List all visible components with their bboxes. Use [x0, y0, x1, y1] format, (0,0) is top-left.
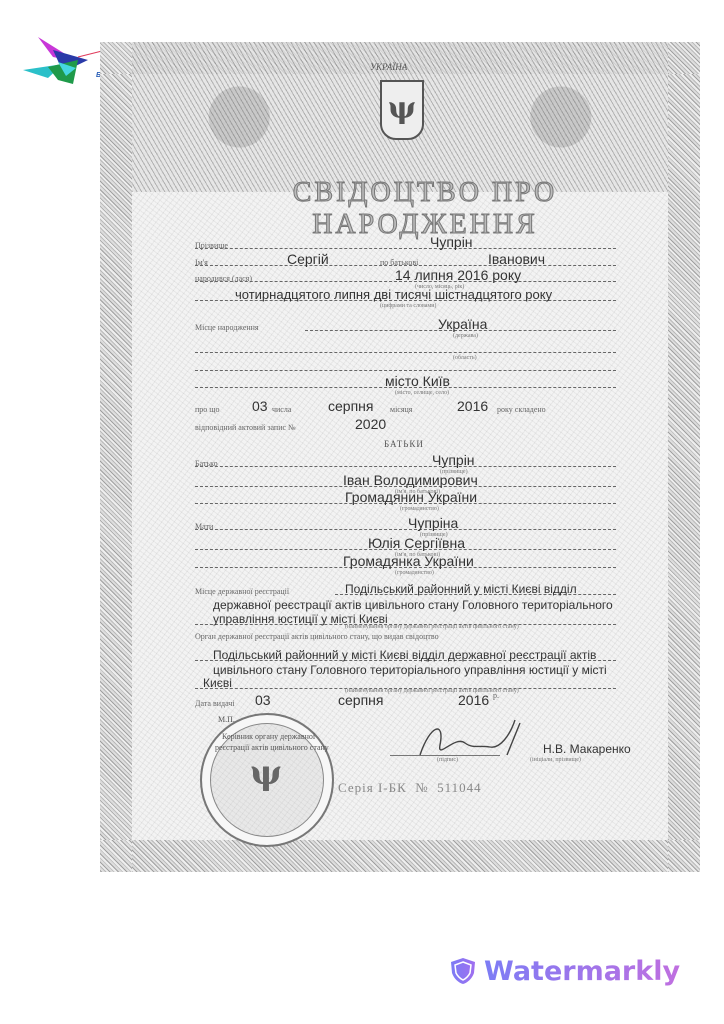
series-number: Серія І-БК № 511044 [338, 780, 482, 796]
issuing-authority-line-1: Подільський районний у місті Києві відді… [213, 648, 596, 662]
label-father: Батько [195, 459, 218, 468]
hint-city: (місто, селище, село) [395, 390, 449, 396]
label-issuing-authority: Орган державної реєстрації актів цивільн… [195, 632, 439, 641]
field-issue-date: Дата видачі 03 серпня 2016 р. [195, 692, 616, 710]
label-record-year: року складено [497, 405, 546, 414]
label-registration-place: Місце державної реєстрації [195, 587, 289, 596]
value-record-year: 2016 [457, 398, 488, 414]
label-surname: Прізвище [195, 241, 228, 250]
watermark-text: Watermarkly [484, 956, 680, 987]
value-surname: Чупрін [430, 234, 473, 250]
value-record-day: 03 [252, 398, 268, 414]
seal-coat-of-arms-icon: ψ [250, 753, 282, 793]
label-issue-date: Дата видачі [195, 699, 235, 708]
value-father-citizenship: Громадянин України [345, 489, 477, 505]
value-patronymic: Іванович [488, 251, 545, 267]
certificate-number: 511044 [437, 780, 482, 795]
field-father-citizenship: Громадянин України (громадянство) [195, 489, 616, 507]
value-father-name: Іван Володимирович [343, 472, 478, 488]
label-record-prefix: про що [195, 405, 219, 414]
value-birthplace: Україна [438, 316, 487, 332]
value-issue-day: 03 [255, 692, 271, 708]
value-record-no: 2020 [355, 416, 386, 432]
value-father-surname: Чупрін [432, 452, 475, 468]
official-title-1: Керівник органу державної [222, 732, 315, 741]
field-mother-citizenship: Громадянка України (громадянство) [195, 553, 616, 571]
watermark: Watermarkly [450, 954, 680, 988]
certificate-title: Свідоцтво про народження [225, 177, 625, 241]
label-record-day: числа [272, 405, 291, 414]
bird-logo-icon [18, 32, 108, 90]
series: Серія І-БК [338, 780, 407, 795]
number-label: № [415, 780, 428, 795]
value-record-month: серпня [328, 398, 373, 414]
hint-born-words: (цифрами та словами) [380, 303, 436, 309]
registration-place-line-1: Подільський районний у місті Києві відді… [345, 582, 577, 596]
country-label: УКРАЇНА [370, 62, 407, 72]
hint-mother-citizenship: (громадянство) [395, 570, 434, 576]
field-issuing-authority-3: Києві (найменування органу державної реє… [195, 674, 616, 692]
value-mother-name: Юлія Сергіївна [368, 535, 465, 551]
field-region: (область) [195, 338, 616, 356]
value-mother-citizenship: Громадянка України [343, 553, 474, 569]
value-name: Сергій [287, 251, 329, 267]
label-record-month: місяця [390, 405, 412, 414]
label-birthplace: Місце народження [195, 323, 259, 332]
field-father-surname: Батько Чупрін (прізвище) [195, 452, 616, 470]
value-born-words: чотирнадцятого липня дві тисячі шістнадц… [235, 287, 552, 302]
shield-icon [450, 957, 476, 985]
issue-year-suffix: р. [493, 691, 499, 700]
value-issue-month: серпня [338, 692, 383, 708]
label-patronymic: по батькові [380, 258, 418, 267]
field-birthplace: Місце народження Україна (держава) [195, 316, 616, 334]
hint-official-name: (ініціали, прізвище) [530, 757, 581, 763]
field-mother-name: Юлія Сергіївна (ім'я, по батькові) [195, 535, 616, 553]
field-district [195, 356, 616, 374]
field-mother-surname: Мати Чупріна (прізвище) [195, 515, 616, 533]
label-born: народився (лася) [195, 274, 252, 283]
stamp-label: М.П. [218, 715, 235, 724]
field-surname: Прізвище Чупрін [195, 234, 616, 252]
field-born: народився (лася) 14 липня 2016 року (чис… [195, 267, 616, 285]
hint-father-citizenship: (громадянство) [400, 506, 439, 512]
field-born-words: чотирнадцятого липня дві тисячі шістнадц… [195, 286, 616, 304]
field-record-date: про що 03 числа серпня місяця 2016 року … [195, 398, 616, 416]
value-city: місто Київ [385, 373, 450, 389]
label-mother: Мати [195, 522, 213, 531]
value-born: 14 липня 2016 року [395, 267, 521, 283]
value-issue-year: 2016 [458, 692, 489, 708]
label-name: Ім'я [195, 258, 208, 267]
signature [415, 715, 525, 765]
field-issuing-authority-label: Орган державної реєстрації актів цивільн… [195, 625, 616, 643]
label-record-no: відповідний актовий запис № [195, 423, 296, 432]
field-father-name: Іван Володимирович (ім'я, по батькові) [195, 472, 616, 490]
issuing-authority-line-3: Києві [203, 676, 232, 690]
value-mother-surname: Чупріна [408, 515, 458, 531]
coat-of-arms-icon: ψ [380, 80, 424, 140]
parents-section-title: БАТЬКИ [384, 439, 424, 449]
field-city: місто Київ (місто, селище, село) [195, 373, 616, 391]
official-title-2: реєстрації актів цивільного стану [215, 743, 329, 752]
field-record-no: відповідний актовий запис № 2020 [195, 416, 616, 434]
